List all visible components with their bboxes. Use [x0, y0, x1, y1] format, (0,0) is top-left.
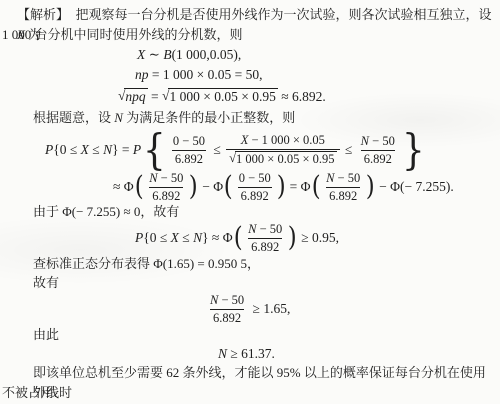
math-token: N [361, 134, 369, 149]
fraction: 0 − 506.892 [170, 134, 208, 167]
math-token: } = [112, 142, 133, 158]
paragraph-conclusion-line1: 即该单位总机至少需要 62 条外线，才能以 95% 以上的概率保证每台分机在使用… [33, 363, 496, 383]
big-delimiter: ( [233, 226, 242, 250]
radical: √1 000 × 0.05 × 0.95 [229, 151, 336, 167]
math-token: N [103, 142, 112, 158]
fraction: N − 506.892 [245, 222, 285, 255]
math-token: 6.892 [213, 311, 241, 326]
big-delimiter: { [143, 131, 166, 169]
math-token: − 50 [256, 222, 282, 237]
math-token: N [326, 171, 334, 186]
fraction-denominator: √1 000 × 0.05 × 0.95 [226, 149, 339, 167]
math-token: X [171, 230, 179, 246]
math-token: np [135, 67, 149, 83]
math-token: {0 ≤ [143, 230, 170, 246]
equation-sqrt-npq: √npq = √1 000 × 0.05 × 0.95 ≈ 6.892. [118, 85, 496, 108]
fraction-numerator: 0 − 50 [236, 171, 274, 187]
big-delimiter: ( [311, 175, 320, 199]
math-token: N [210, 293, 218, 308]
math-token: ≤ [342, 142, 356, 158]
math-token: npq [125, 89, 145, 104]
math-token: } ≈ Φ [202, 230, 233, 246]
big-delimiter: ) [366, 175, 375, 199]
math-token: N [114, 110, 123, 125]
radical: √1 000 × 0.05 × 0.95 [162, 88, 278, 105]
fraction: N − 506.892 [207, 293, 247, 326]
fraction-denominator: 6.892 [248, 238, 282, 255]
math-token: ∼ [145, 47, 163, 63]
math-token: ≤ [210, 142, 224, 158]
math-token: − 50 [218, 293, 244, 308]
math-token: ≥ 61.37. [227, 346, 275, 362]
equation-probability-ge-095: P{0 ≤ X ≤ N} ≈ Φ(N − 506.892) ≥ 0.95, [135, 222, 496, 254]
fraction-denominator: 6.892 [210, 309, 244, 326]
math-token: 6.892 [241, 189, 269, 204]
paragraph-phi-approx-zero: 由于 Φ(− 7.255) ≈ 0，故有 [33, 202, 496, 222]
fraction-numerator: X − 1 000 × 0.05 [238, 133, 328, 149]
fraction: N − 506.892 [358, 134, 398, 167]
fraction: N − 506.892 [323, 171, 363, 204]
math-token: − 1 000 × 0.05 [248, 133, 325, 148]
paragraph-intro-line2: 1 000 台分机中同时使用外线的分机数，则 [2, 25, 496, 45]
math-token: N [248, 222, 256, 237]
math-token: X [81, 142, 89, 158]
math-token: ≤ [89, 142, 103, 158]
fraction-denominator: 6.892 [172, 150, 206, 167]
fraction-numerator: N − 50 [323, 171, 363, 187]
fraction: N − 506.892 [146, 171, 186, 204]
big-delimiter: ( [134, 175, 143, 199]
math-token: 为满足条件的最小正整数，则 [123, 110, 295, 125]
math-token: 根据题意，设 [33, 110, 114, 125]
math-token: ≤ [179, 230, 193, 246]
math-token: 6.892 [364, 152, 392, 167]
math-token: 0 − 50 [239, 171, 271, 186]
fraction-denominator: 6.892 [238, 187, 272, 204]
big-delimiter: ) [189, 175, 198, 199]
math-token: − Φ(− 7.255). [376, 179, 454, 195]
math-token: = 1 000 × 0.05 = 50, [149, 67, 263, 83]
math-token: − Φ [199, 179, 223, 195]
fraction-denominator: 6.892 [361, 150, 395, 167]
equation-phi-difference: ≈ Φ(N − 506.892) − Φ(0 − 506.892) = Φ(N … [113, 172, 496, 202]
radical-body: 1 000 × 0.05 × 0.95 [168, 88, 277, 105]
paragraph-intro-line1: 【解析】 把观察每一台分机是否使用外线作为一次试验，则各次试验相互独立，设 X … [17, 5, 496, 25]
math-token: ≥ 0.95, [298, 230, 339, 246]
fraction-numerator: 0 − 50 [170, 134, 208, 150]
fraction-denominator: 6.892 [326, 187, 360, 204]
paragraph-conclusion-line2: 不被占用. [2, 383, 496, 403]
equation-np-mean: np = 1 000 × 0.05 = 50, [135, 65, 496, 85]
math-token: = [148, 89, 162, 105]
equation-N-result: N ≥ 61.37. [218, 344, 496, 363]
fraction: 0 − 506.892 [236, 171, 274, 204]
fraction: X − 1 000 × 0.05√1 000 × 0.05 × 0.95 [226, 133, 339, 167]
big-delimiter: } [402, 131, 425, 169]
radical-body: 1 000 × 0.05 × 0.95 [235, 151, 336, 167]
paragraph-setup-N: 根据题意，设 N 为满足条件的最小正整数，则 [33, 108, 496, 128]
big-delimiter: ) [288, 226, 297, 250]
radical-body: npq [124, 88, 147, 105]
math-token: − 50 [369, 134, 395, 149]
math-token: 0 − 50 [173, 134, 205, 149]
math-token: P [45, 142, 53, 158]
math-token: − 50 [334, 171, 360, 186]
math-token: ≈ Φ [113, 179, 134, 195]
math-token: 6.892 [251, 240, 279, 255]
math-token: N [218, 346, 227, 362]
paragraph-therefore: 故有 [33, 274, 496, 292]
fraction-numerator: N − 50 [245, 222, 285, 238]
equation-binomial-distribution: X ∼ B(1 000,0.05), [137, 45, 496, 65]
math-token: X [137, 47, 145, 63]
paragraph-hence: 由此 [33, 326, 496, 344]
math-token: 6.892 [175, 152, 203, 167]
big-delimiter: ( [224, 175, 233, 199]
math-token: ≈ 6.892. [278, 89, 326, 105]
math-token: 1 000 × 0.05 × 0.95 [169, 89, 275, 104]
math-token: ≥ 1.65, [249, 301, 290, 317]
equation-inequality: N − 506.892 ≥ 1.65, [205, 292, 496, 326]
math-token: {0 ≤ [53, 142, 80, 158]
radical: √npq [118, 88, 148, 105]
math-token: P [135, 230, 143, 246]
fraction-numerator: N − 50 [358, 134, 398, 150]
math-token: N [193, 230, 202, 246]
solution-page: 【解析】 把观察每一台分机是否使用外线作为一次试验，则各次试验相互独立，设 X … [0, 0, 500, 404]
fraction-denominator: 6.892 [149, 187, 183, 204]
math-token: 6.892 [329, 189, 357, 204]
math-token: 1 000 × 0.05 × 0.95 [236, 152, 334, 166]
big-delimiter: ) [277, 175, 286, 199]
equation-probability-standardized: P{0 ≤ X ≤ N} = P{0 − 506.892 ≤ X − 1 000… [45, 128, 496, 172]
fraction-numerator: N − 50 [207, 293, 247, 309]
math-token: = Φ [286, 179, 310, 195]
math-token: B [163, 47, 171, 63]
math-token: 【解析】 把观察每一台分机是否使用外线作为一次试验，则各次试验相互独立，设 [17, 7, 495, 22]
math-token: (1 000,0.05), [172, 47, 242, 63]
math-token: X [241, 133, 249, 148]
math-token: P [133, 142, 141, 158]
paragraph-normal-table: 查标准正态分布表得 Φ(1.65) = 0.950 5， [33, 254, 496, 274]
